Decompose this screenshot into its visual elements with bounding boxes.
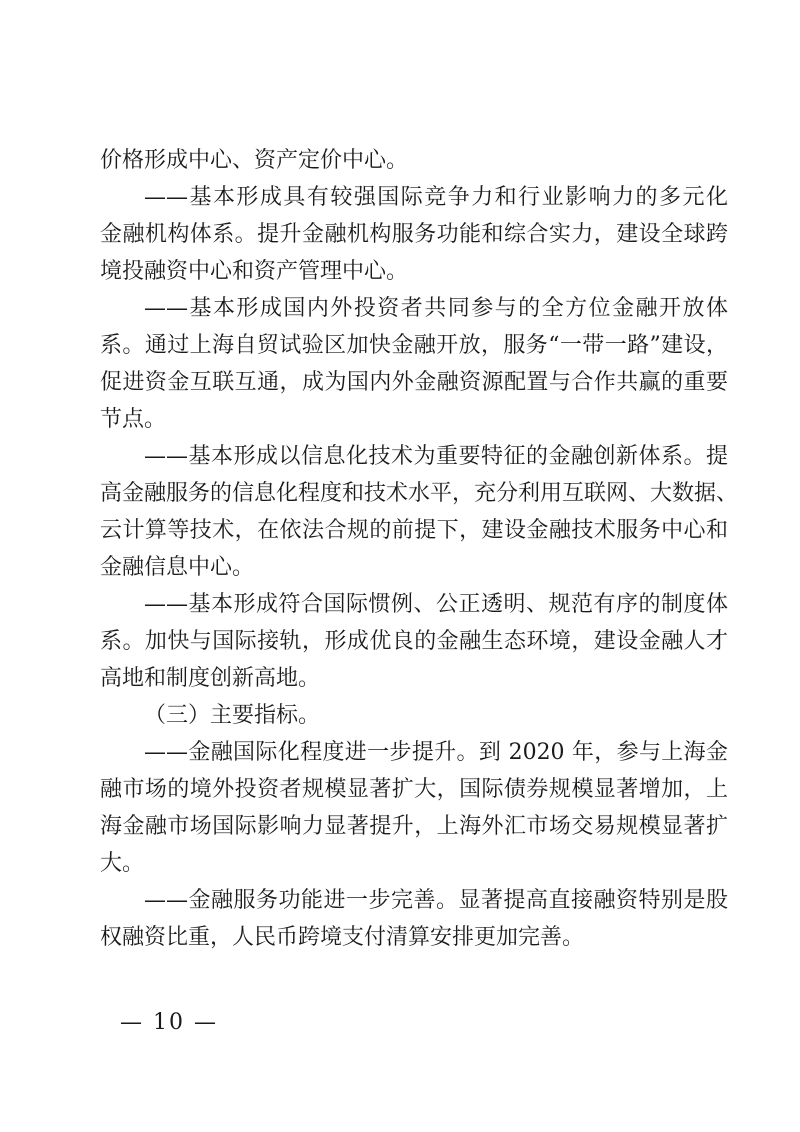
para-dash-institutional-system: ——基本形成符合国际惯例、公正透明、规范有序的制度体系。加快与国际接轨，形成优良… <box>100 586 728 697</box>
para-dash-financial-opening: ——基本形成国内外投资者共同参与的全方位金融开放体系。通过上海自贸试验区加快金融… <box>100 290 728 438</box>
para-dash-internationalization: ——金融国际化程度进一步提升。到 2020 年，参与上海金融市场的境外投资者规模… <box>100 734 728 882</box>
text-line: ——基本形成国内外投资者共同参与的全方位金融开放体 <box>100 290 728 327</box>
para-dash-financial-institutions: ——基本形成具有较强国际竞争力和行业影响力的多元化金融机构体系。提升金融机构服务… <box>100 179 728 290</box>
text-line: 高地和制度创新高地。 <box>100 660 728 697</box>
text-line: 金融信息中心。 <box>100 549 728 586</box>
text-line: ——金融国际化程度进一步提升。到 2020 年，参与上海金 <box>100 734 728 771</box>
text-line: ——基本形成具有较强国际竞争力和行业影响力的多元化 <box>100 179 728 216</box>
text-line: 促进资金互联互通，成为国内外金融资源配置与合作共赢的重要 <box>100 364 728 401</box>
text-line: ——金融服务功能进一步完善。显著提高直接融资特别是股 <box>100 882 728 919</box>
text-line: 系。加快与国际接轨，形成优良的金融生态环境，建设金融人才 <box>100 623 728 660</box>
page-number: — 10 — <box>120 1008 218 1038</box>
document-page: 价格形成中心、资产定价中心。——基本形成具有较强国际竞争力和行业影响力的多元化金… <box>0 0 800 1132</box>
text-line: 融市场的境外投资者规模显著扩大，国际债券规模显著增加，上 <box>100 771 728 808</box>
para-dash-financial-innovation: ——基本形成以信息化技术为重要特征的金融创新体系。提高金融服务的信息化程度和技术… <box>100 438 728 586</box>
section-heading-main-indicators: （三）主要指标。 <box>100 697 728 734</box>
text-line: 价格形成中心、资产定价中心。 <box>100 142 728 179</box>
text-line: 海金融市场国际影响力显著提升，上海外汇市场交易规模显著扩 <box>100 808 728 845</box>
text-line: ——基本形成符合国际惯例、公正透明、规范有序的制度体 <box>100 586 728 623</box>
text-line: （三）主要指标。 <box>100 697 728 734</box>
text-line: 系。通过上海自贸试验区加快金融开放，服务“一带一路”建设， <box>100 327 728 364</box>
text-line: 高金融服务的信息化程度和技术水平，充分利用互联网、大数据、 <box>100 475 728 512</box>
text-line: 大。 <box>100 845 728 882</box>
document-body: 价格形成中心、资产定价中心。——基本形成具有较强国际竞争力和行业影响力的多元化金… <box>100 142 728 956</box>
text-line: 权融资比重，人民币跨境支付清算安排更加完善。 <box>100 919 728 956</box>
text-line: 云计算等技术，在依法合规的前提下，建设金融技术服务中心和 <box>100 512 728 549</box>
para-dash-service-functions: ——金融服务功能进一步完善。显著提高直接融资特别是股权融资比重，人民币跨境支付清… <box>100 882 728 956</box>
para-continuation: 价格形成中心、资产定价中心。 <box>100 142 728 179</box>
text-line: 金融机构体系。提升金融机构服务功能和综合实力，建设全球跨 <box>100 216 728 253</box>
text-line: 节点。 <box>100 401 728 438</box>
text-line: ——基本形成以信息化技术为重要特征的金融创新体系。提 <box>100 438 728 475</box>
text-line: 境投融资中心和资产管理中心。 <box>100 253 728 290</box>
